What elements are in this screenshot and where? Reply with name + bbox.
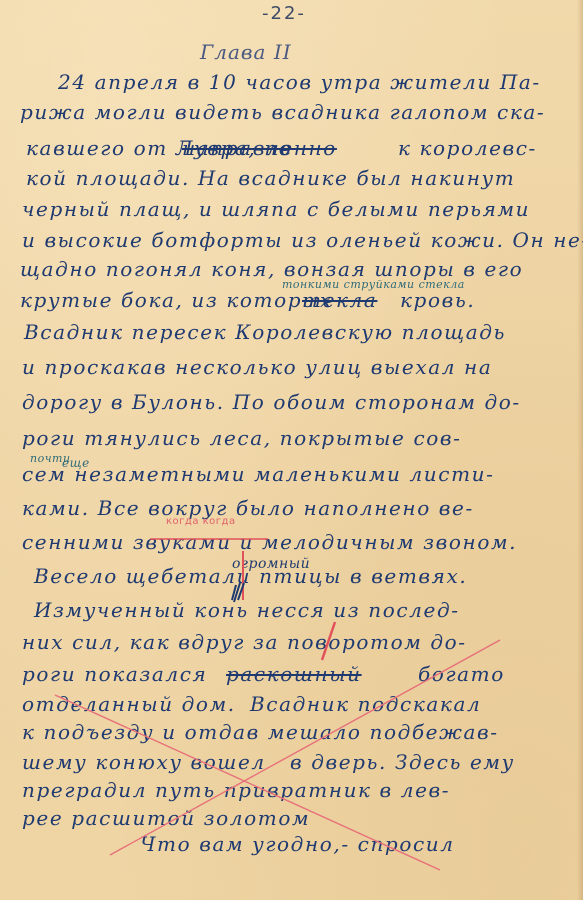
manuscript-line: богато xyxy=(418,664,505,684)
manuscript-line: Всадник подскакал xyxy=(250,694,481,714)
manuscript-line: преградил путь привратник в лев- xyxy=(22,780,450,800)
manuscript-line: дорогу в Булонь. По обоим сторонам до- xyxy=(22,392,521,412)
manuscript-line: 24 апреля в 10 часов утра жители Па- xyxy=(58,72,541,92)
manuscript-line: кровь. xyxy=(400,290,475,310)
chapter-title: Глава II xyxy=(200,40,292,64)
manuscript-line: них сил, как вдруг за поворотом до- xyxy=(22,632,467,652)
struck-word: текла xyxy=(302,290,377,310)
manuscript-line: сем незаметными маленькими листи- xyxy=(22,464,495,484)
manuscript-line: Всадник пересек Королевскую площадь xyxy=(24,322,506,342)
struck-word: раскошный xyxy=(226,664,362,684)
manuscript-line: щадно погонял коня, вонзая шпоры в его xyxy=(20,259,523,279)
manuscript-line: кой площади. На всаднике был накинут xyxy=(26,168,515,188)
manuscript-line: и высокие ботфорты из оленьей кожи. Он н… xyxy=(22,230,583,250)
manuscript-line: роги тянулись леса, покрытые сов- xyxy=(22,428,462,448)
manuscript-line: в дверь. Здесь ему xyxy=(290,752,515,772)
manuscript-line: черный плащ, и шляпа с белыми перьями xyxy=(22,199,530,219)
manuscript-line: к подъезду и отдав мешало подбежав- xyxy=(22,722,499,742)
manuscript-line: крутые бока, из которых xyxy=(20,290,333,310)
manuscript-line: шему конюху вошел xyxy=(22,752,266,772)
manuscript-line: ками. Все вокруг было наполнено ве- xyxy=(22,498,474,518)
manuscript-line: Измученный конь несся из послед- xyxy=(34,600,460,620)
manuscript-line: роги показался xyxy=(22,664,207,684)
manuscript-line: рижа могли видеть всадника галопом ска- xyxy=(20,102,545,122)
manuscript-line: рее расшитой золотом xyxy=(22,808,310,828)
paper-edge xyxy=(577,0,583,900)
manuscript-line: и проскакав несколько улиц выехал на xyxy=(22,357,492,377)
manuscript-line: сенними звуками и мелодичным звоном. xyxy=(22,532,517,552)
red-pencil-note: когда когда xyxy=(166,516,236,527)
manuscript-line: к королевс- xyxy=(398,138,537,158)
interlinear-insertion: огромный xyxy=(232,556,310,572)
manuscript-line: отделанный дом. xyxy=(22,694,236,714)
page-number: -22- xyxy=(262,3,306,24)
struck-word: направленно xyxy=(182,138,337,158)
manuscript-line: Что вам угодно,- спросил xyxy=(140,834,455,854)
